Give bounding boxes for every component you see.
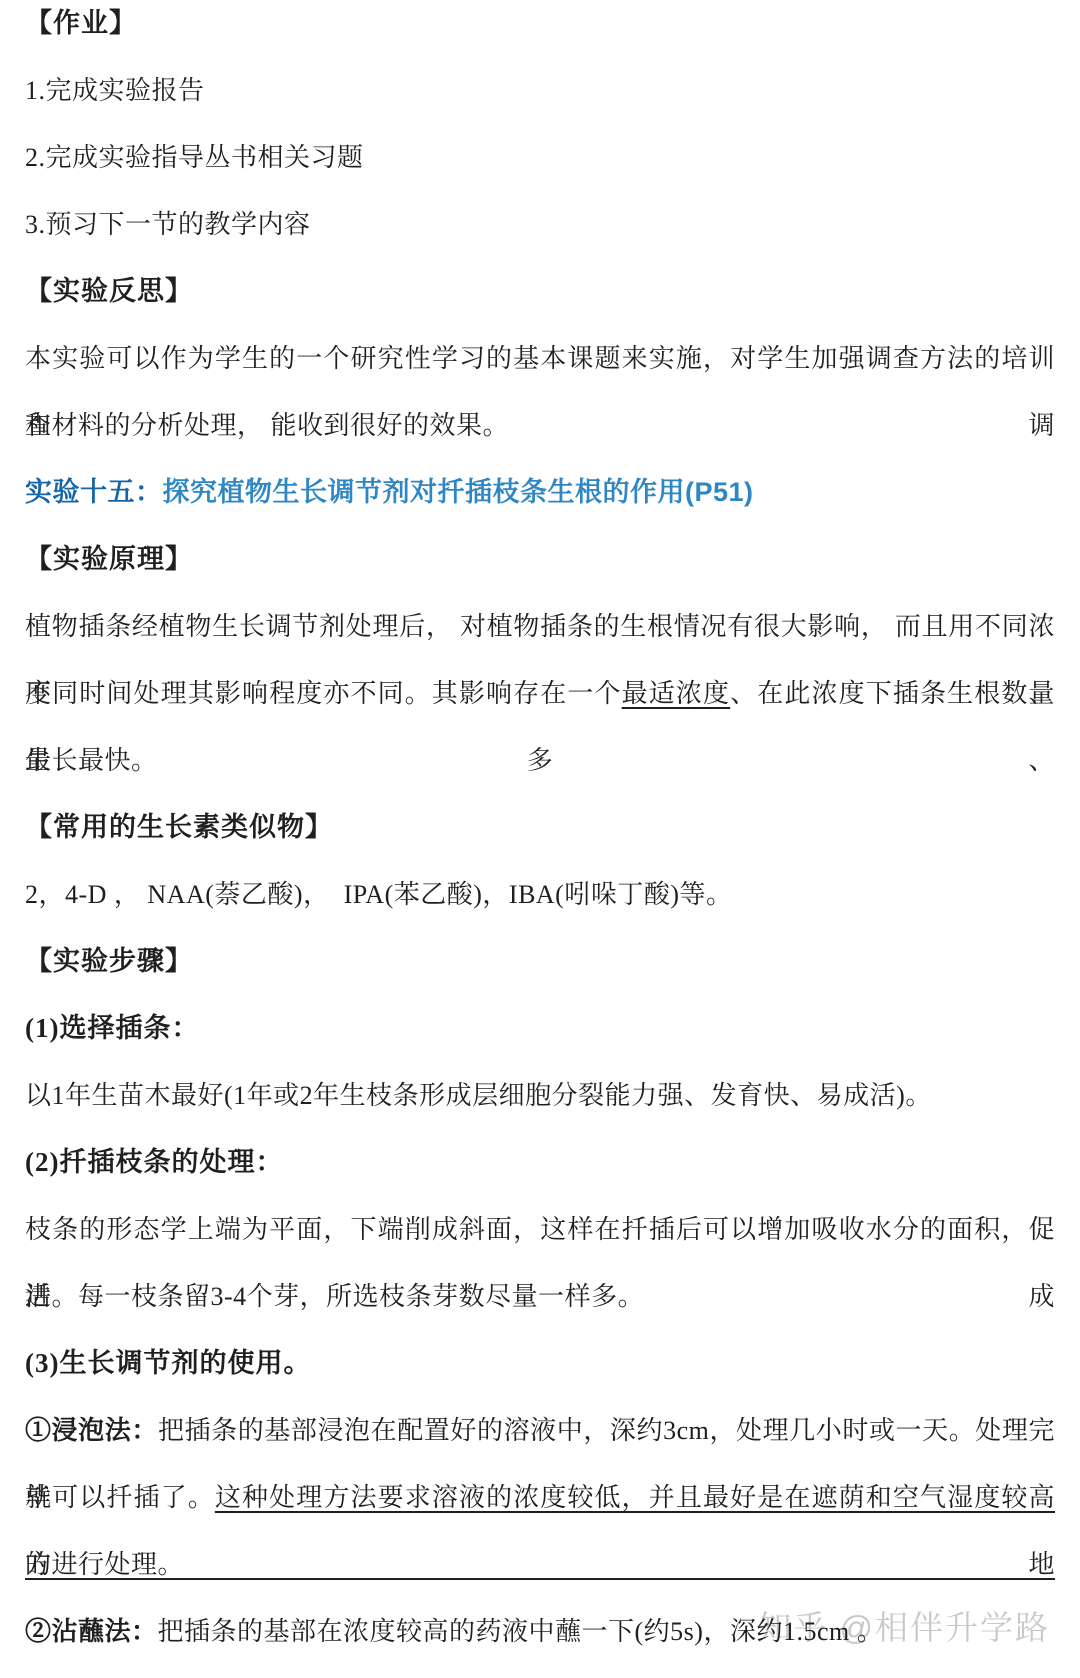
text-segment: 【实验原理】 <box>25 544 193 574</box>
text-segment: 【实验步骤】 <box>25 946 193 976</box>
section-heading: 【实验反思】 <box>25 258 1055 325</box>
text-segment: (3)生长调节剂的使用。 <box>25 1348 311 1378</box>
text-line: 本实验可以作为学生的一个研究性学习的基本课题来实施，对学生加强调查方法的培训和调 <box>25 325 1055 392</box>
section-heading: 【实验步骤】 <box>25 928 1055 995</box>
text-segment: 探究植物生长调节剂对扦插枝条生根的作用(P51) <box>163 477 754 507</box>
text-line: 2，4-D ， NAA(萘乙酸)， IPA(苯乙酸)，IBA(吲哚丁酸)等。 <box>25 861 1055 928</box>
text-segment: 1.完成实验报告 <box>25 76 205 105</box>
underlined-text: 方进行处理。 <box>25 1550 198 1579</box>
text-segment: ②沾蘸法： <box>25 1617 158 1646</box>
text-segment: 生长最快。 <box>25 746 158 775</box>
text-segment: 2，4-D ， NAA(萘乙酸)， IPA(苯乙酸)，IBA(吲哚丁酸)等。 <box>25 880 733 909</box>
text-segment: 把插条的基部在浓度较高的药液中蘸一下(约5s)，深约1.5cm 。 <box>158 1617 884 1646</box>
text-segment: 【实验反思】 <box>25 276 193 306</box>
text-segment: 以1年生苗木最好(1年或2年生枝条形成层细胞分裂能力强、发育快、易成活)。 <box>25 1081 932 1110</box>
text-segment: 就可以扦插了。 <box>25 1483 215 1512</box>
text-segment: 不同时间处理其影响程度亦不同。其影响存在一个 <box>25 679 622 708</box>
text-segment: (1)选择插条： <box>25 1013 199 1043</box>
text-line: 就可以扦插了。这种处理方法要求溶液的浓度较低，并且最好是在遮荫和空气湿度较高的地 <box>25 1464 1055 1531</box>
text-segment: (2)扦插枝条的处理： <box>25 1147 283 1177</box>
experiment-title: 实验十五：探究植物生长调节剂对扦插枝条生根的作用(P51) <box>25 459 1055 526</box>
section-heading: 【常用的生长素类似物】 <box>25 794 1055 861</box>
text-segment: 3.预习下一节的教学内容 <box>25 210 311 239</box>
text-line: 2.完成实验指导丛书相关习题 <box>25 124 1055 191</box>
text-line: ②沾蘸法：把插条的基部在浓度较高的药液中蘸一下(约5s)，深约1.5cm 。 <box>25 1598 1055 1665</box>
section-heading: (2)扦插枝条的处理： <box>25 1129 1055 1196</box>
text-line: 植物插条经植物生长调节剂处理后， 对植物插条的生根情况有很大影响， 而且用不同浓… <box>25 593 1055 660</box>
text-line: 以1年生苗木最好(1年或2年生枝条形成层细胞分裂能力强、发育快、易成活)。 <box>25 1062 1055 1129</box>
underlined-text: 最适浓度 <box>622 679 730 708</box>
text-segment: 【常用的生长素类似物】 <box>25 812 333 842</box>
section-heading: (3)生长调节剂的使用。 <box>25 1330 1055 1397</box>
section-heading: 【作业】 <box>25 0 1055 57</box>
text-segment: 【作业】 <box>25 8 137 38</box>
section-heading: (1)选择插条： <box>25 995 1055 1062</box>
text-line: 1.完成实验报告 <box>25 57 1055 124</box>
text-line: 枝条的形态学上端为平面，下端削成斜面，这样在扦插后可以增加吸收水分的面积，促进成 <box>25 1196 1055 1263</box>
document-page: 【作业】1.完成实验报告2.完成实验指导丛书相关习题3.预习下一节的教学内容【实… <box>0 0 1080 1665</box>
text-segment: ①浸泡法： <box>25 1416 158 1445</box>
text-line: 3.预习下一节的教学内容 <box>25 191 1055 258</box>
text-line: 不同时间处理其影响程度亦不同。其影响存在一个最适浓度、在此浓度下插条生根数量最多… <box>25 660 1055 727</box>
text-segment: 查材料的分析处理， 能收到很好的效果。 <box>25 411 509 440</box>
text-segment: 实验十五： <box>25 477 163 507</box>
text-segment: 2.完成实验指导丛书相关习题 <box>25 143 364 172</box>
text-line: ①浸泡法：把插条的基部浸泡在配置好的溶液中，深约3cm，处理几小时或一天。处理完… <box>25 1397 1055 1464</box>
text-segment: 活。每一枝条留3-4个芽，所选枝条芽数尽量一样多。 <box>25 1282 644 1311</box>
section-heading: 【实验原理】 <box>25 526 1055 593</box>
